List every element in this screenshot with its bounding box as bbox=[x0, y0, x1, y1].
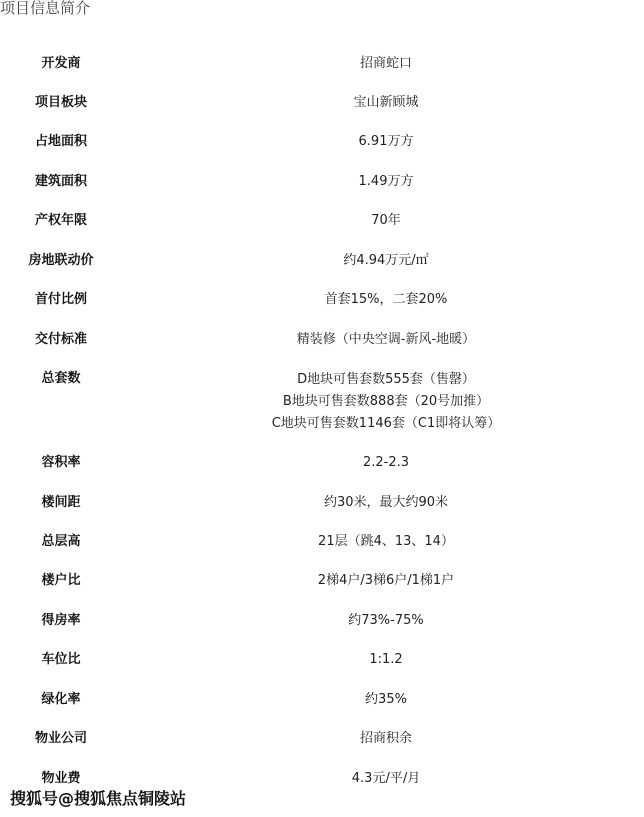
row-label: 房地联动价 bbox=[0, 251, 122, 271]
row-label: 容积率 bbox=[0, 453, 122, 473]
row-value: 21层（跳4、13、14） bbox=[236, 531, 536, 553]
value-line: 约35% bbox=[236, 689, 536, 711]
value-line: 1:1.2 bbox=[236, 649, 536, 671]
row-value: 首套15%，二套20% bbox=[236, 289, 536, 311]
row-label: 首付比例 bbox=[0, 290, 122, 310]
row-label: 车位比 bbox=[0, 650, 122, 670]
row-label: 物业费 bbox=[0, 769, 122, 789]
value-line: 70年 bbox=[236, 210, 536, 232]
row-label: 总套数 bbox=[0, 369, 122, 389]
row-value: D地块可售套数555套（售罄） B地块可售套数888套（20号加推） C地块可售… bbox=[236, 369, 536, 435]
value-line: 4.3元/平/月 bbox=[236, 768, 536, 790]
value-line: 约73%-75% bbox=[236, 610, 536, 632]
value-line: 2.2-2.3 bbox=[236, 452, 536, 474]
value-line: 约30米，最大约90米 bbox=[236, 492, 536, 514]
watermark: 搜狐号@搜狐焦点铜陵站 bbox=[10, 789, 186, 809]
row-value: 招商蛇口 bbox=[236, 53, 536, 75]
page-title: 项目信息简介 bbox=[0, 0, 90, 17]
row-value: 约73%-75% bbox=[236, 610, 536, 632]
row-label: 项目板块 bbox=[0, 93, 122, 113]
value-line: 约4.94万元/㎡ bbox=[236, 250, 536, 272]
row-label: 得房率 bbox=[0, 611, 122, 631]
row-value: 4.3元/平/月 bbox=[236, 768, 536, 790]
row-label: 产权年限 bbox=[0, 211, 122, 231]
row-value: 1:1.2 bbox=[236, 649, 536, 671]
value-line: C地块可售套数1146套（C1即将认筹） bbox=[236, 413, 536, 435]
row-value: 精装修（中央空调-新风-地暖） bbox=[236, 329, 536, 351]
row-value: 招商积余 bbox=[236, 728, 536, 750]
row-label: 占地面积 bbox=[0, 132, 122, 152]
value-line: 招商蛇口 bbox=[236, 53, 536, 75]
row-label: 楼间距 bbox=[0, 493, 122, 513]
row-label: 绿化率 bbox=[0, 690, 122, 710]
row-label: 开发商 bbox=[0, 54, 122, 74]
row-value: 70年 bbox=[236, 210, 536, 232]
value-line: B地块可售套数888套（20号加推） bbox=[236, 391, 536, 413]
value-line: 招商积余 bbox=[236, 728, 536, 750]
row-label: 建筑面积 bbox=[0, 172, 122, 192]
value-line: 宝山新顾城 bbox=[236, 92, 536, 114]
row-value: 2.2-2.3 bbox=[236, 452, 536, 474]
row-label: 物业公司 bbox=[0, 729, 122, 749]
row-label: 总层高 bbox=[0, 532, 122, 552]
row-label: 楼户比 bbox=[0, 571, 122, 591]
value-line: 21层（跳4、13、14） bbox=[236, 531, 536, 553]
value-line: 6.91万方 bbox=[236, 131, 536, 153]
row-value: 约4.94万元/㎡ bbox=[236, 250, 536, 272]
value-line: 首套15%，二套20% bbox=[236, 289, 536, 311]
value-line: 1.49万方 bbox=[236, 171, 536, 193]
row-value: 约30米，最大约90米 bbox=[236, 492, 536, 514]
value-line: D地块可售套数555套（售罄） bbox=[236, 369, 536, 391]
row-value: 1.49万方 bbox=[236, 171, 536, 193]
row-value: 约35% bbox=[236, 689, 536, 711]
value-line: 精装修（中央空调-新风-地暖） bbox=[236, 329, 536, 351]
row-value: 6.91万方 bbox=[236, 131, 536, 153]
row-value: 宝山新顾城 bbox=[236, 92, 536, 114]
row-label: 交付标准 bbox=[0, 330, 122, 350]
value-line: 2梯4户/3梯6户/1梯1户 bbox=[236, 570, 536, 592]
row-value: 2梯4户/3梯6户/1梯1户 bbox=[236, 570, 536, 592]
